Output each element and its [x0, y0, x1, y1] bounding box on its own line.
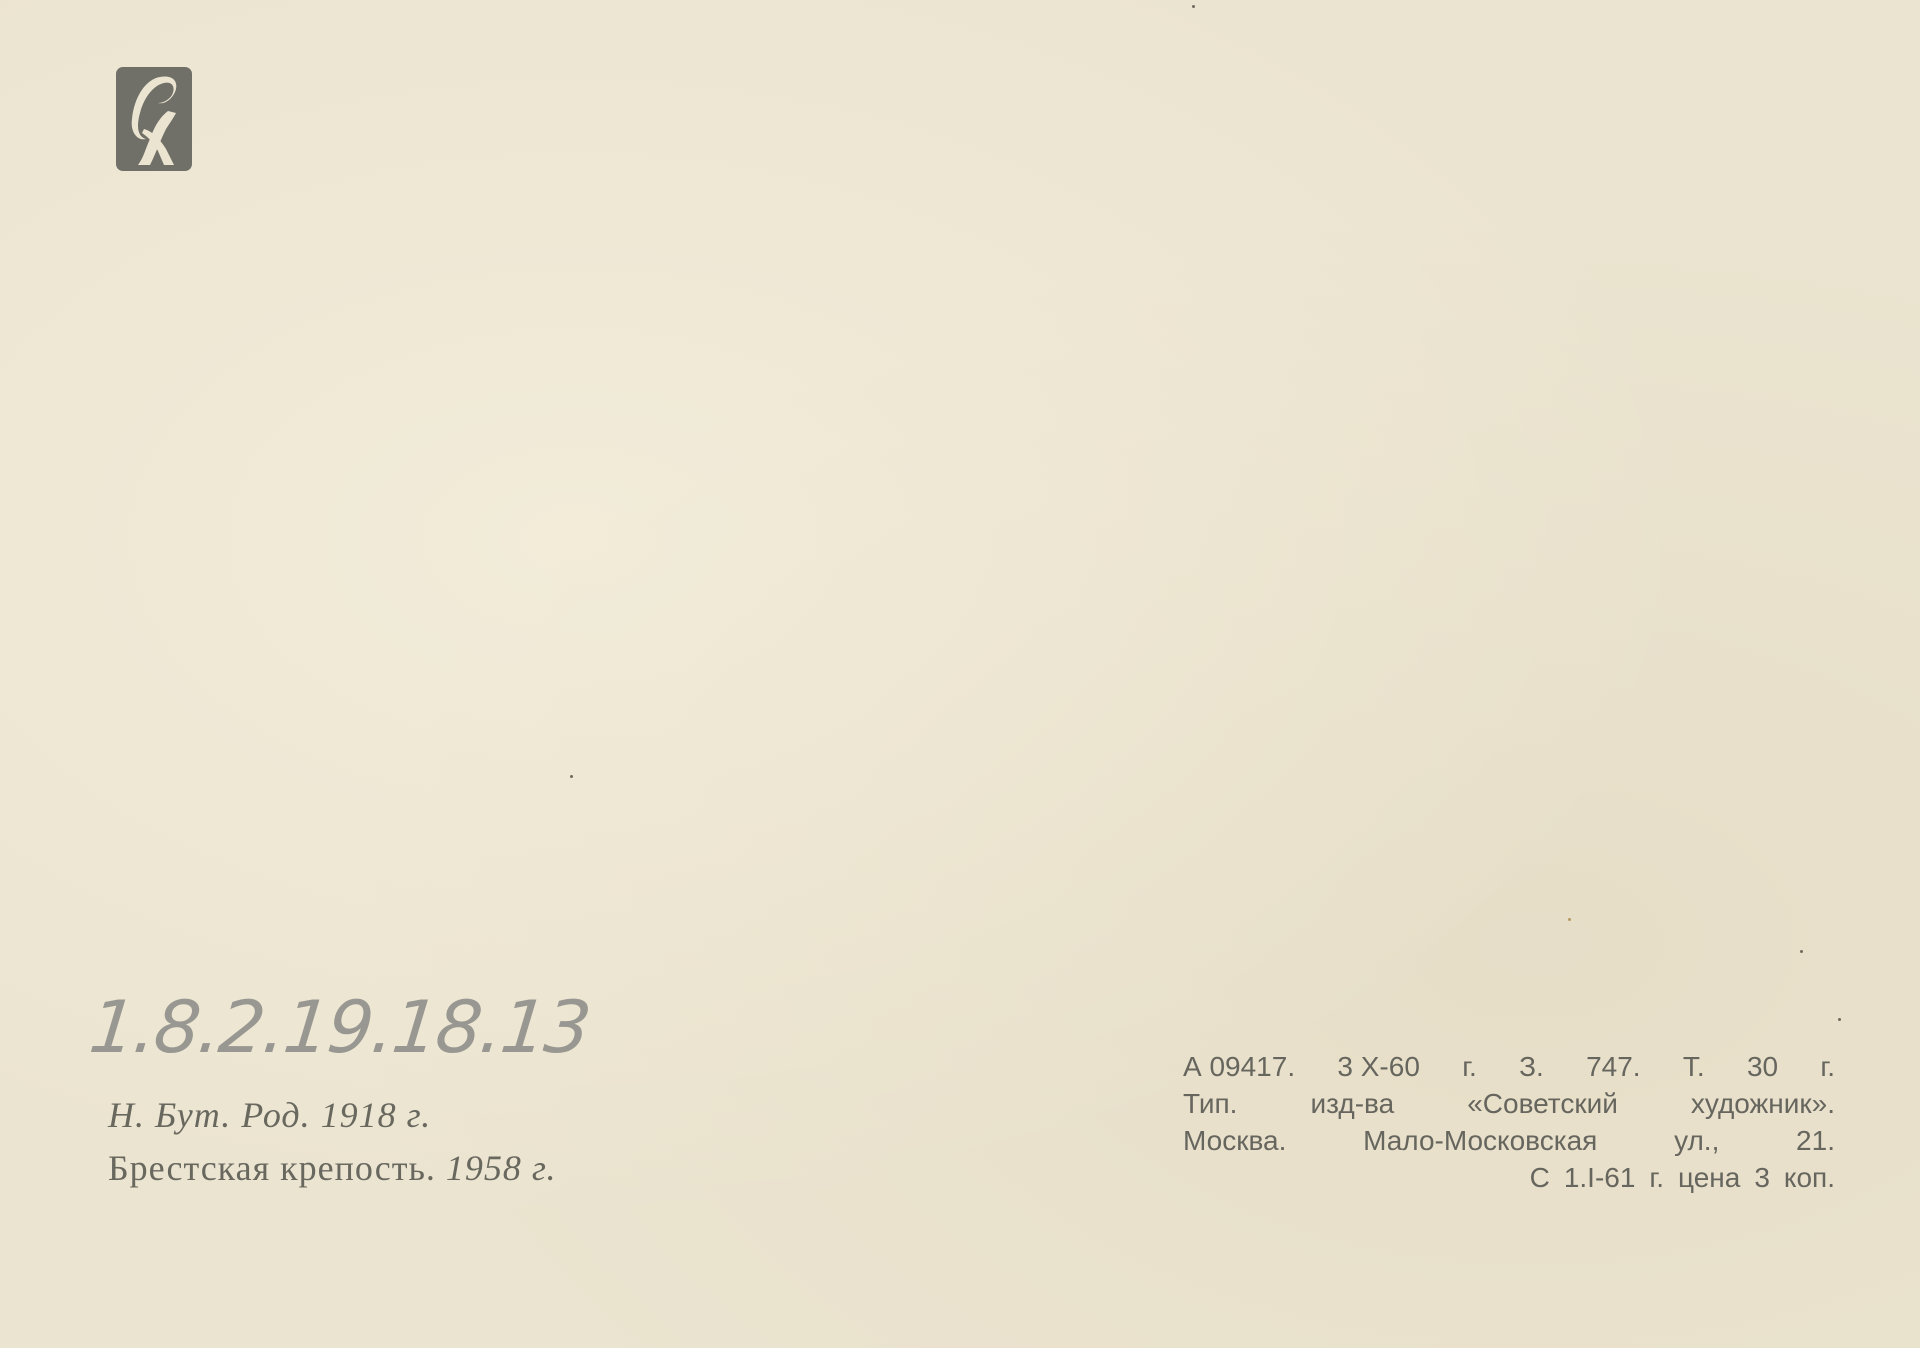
- imprint-text: А 09417.: [1183, 1048, 1295, 1085]
- imprint-text: г.: [1820, 1048, 1835, 1085]
- imprint-text: Мало-Московская: [1363, 1122, 1597, 1159]
- imprint-line-4: С 1.I-61 г. цена 3 коп.: [1183, 1159, 1835, 1196]
- imprint-text: Тип.: [1183, 1085, 1237, 1122]
- imprint-line-3: Москва. Мало-Московская ул., 21.: [1183, 1122, 1835, 1159]
- imprint-text: г.: [1649, 1159, 1664, 1196]
- imprint-line-1: А 09417. 3 X-60 г. З. 747. Т. 30 г.: [1183, 1048, 1835, 1085]
- imprint-text: 3 X-60: [1337, 1048, 1420, 1085]
- paper-speck: [1800, 950, 1803, 953]
- imprint-text: Москва.: [1183, 1122, 1286, 1159]
- imprint-text: цена: [1678, 1159, 1740, 1196]
- paper-speck: [1838, 1018, 1841, 1021]
- imprint-text: Т.: [1683, 1048, 1705, 1085]
- paper-speck: [570, 775, 573, 778]
- imprint-text: С: [1530, 1159, 1550, 1196]
- imprint-text: художник».: [1691, 1085, 1835, 1122]
- paper-speck: [1192, 5, 1195, 8]
- author-line: Н. Бут. Род. 1918 г.: [108, 1094, 431, 1136]
- artwork-title-line: Брестская крепость. 1958 г.: [108, 1147, 557, 1189]
- imprint-text: изд-ва: [1311, 1085, 1395, 1122]
- imprint-text: 3: [1754, 1159, 1770, 1196]
- imprint-text: 1.I-61: [1564, 1159, 1636, 1196]
- imprint-text: З.: [1519, 1048, 1544, 1085]
- imprint-text: 21.: [1796, 1122, 1835, 1159]
- imprint-text: 30: [1747, 1048, 1778, 1085]
- publisher-logo: [116, 67, 192, 171]
- imprint-text: 747.: [1586, 1048, 1641, 1085]
- imprint-text: «Советский: [1467, 1085, 1618, 1122]
- imprint-text: ул.,: [1674, 1122, 1719, 1159]
- imprint-line-2: Тип. изд-ва «Советский художник».: [1183, 1085, 1835, 1122]
- handwritten-catalog-code: 1.8.2.19.18.13: [86, 985, 594, 1069]
- imprint-text: коп.: [1784, 1159, 1835, 1196]
- artwork-title: Брестская крепость.: [108, 1148, 436, 1188]
- artwork-year: 1958 г.: [446, 1148, 557, 1188]
- imprint-text: г.: [1462, 1048, 1477, 1085]
- monogram-icon: [116, 67, 192, 171]
- printer-imprint: А 09417. 3 X-60 г. З. 747. Т. 30 г. Тип.…: [1183, 1048, 1835, 1196]
- paper-speck: [1568, 918, 1571, 921]
